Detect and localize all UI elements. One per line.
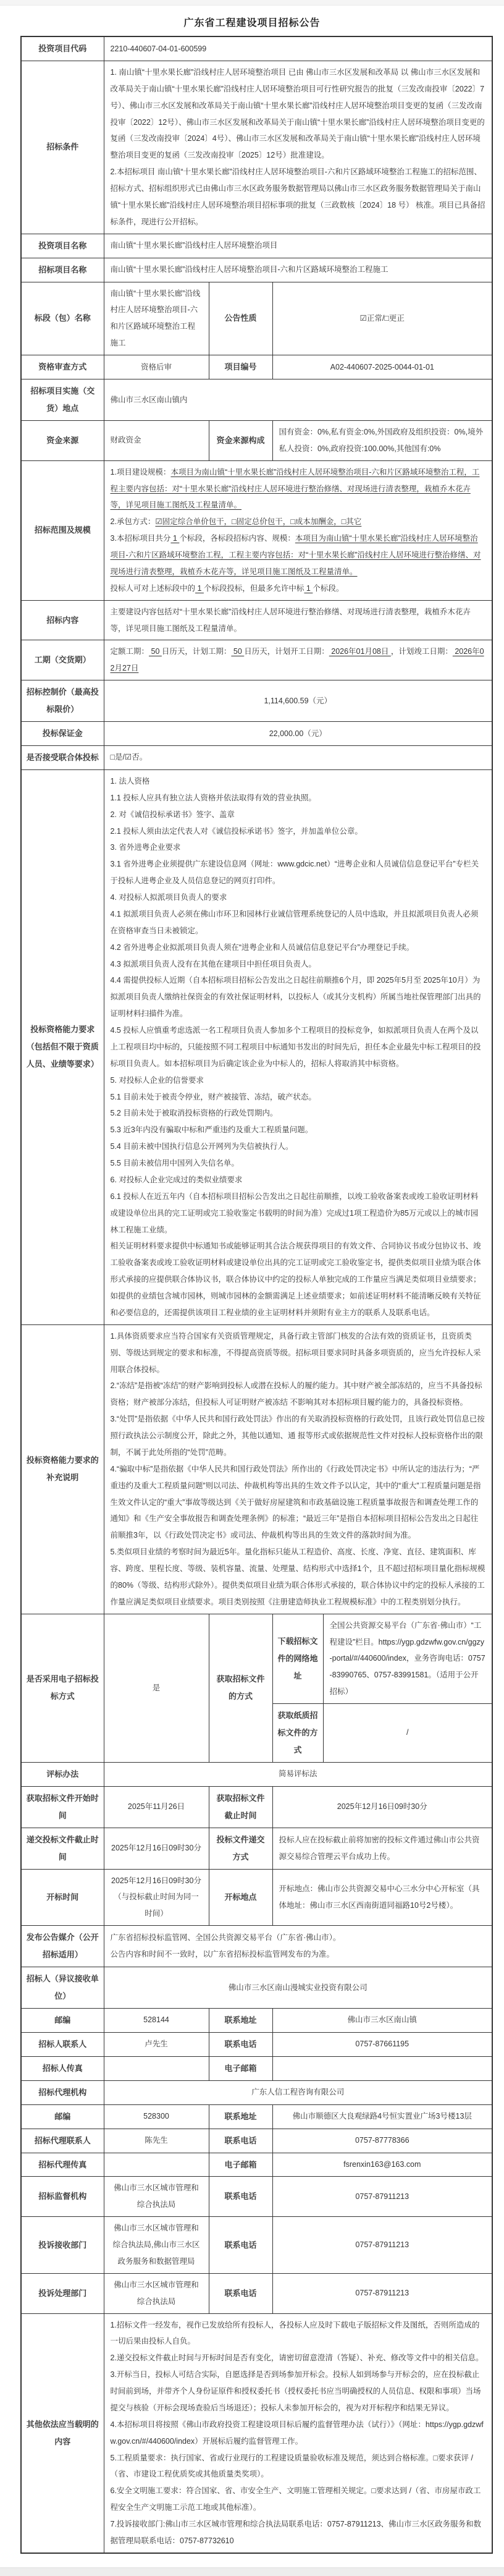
agency-phone-label: 联系电话	[209, 2129, 272, 2153]
paragraph: 2. 对《诚信投标承诺书》签字、盖章	[111, 807, 486, 823]
paragraph: 4.3 拟派项目负责人没有在其他在建项目中担任项目负责人。	[111, 956, 486, 973]
paragraph: 1.招标文件一经发布，视作已发放给所有投标人，各投标人应及时下载电子版招标文件及…	[111, 2317, 486, 2350]
complaint-receiving-value: 佛山市三水区城市管理和综合执法局,佛山市三水区政务服务和数据管理局	[104, 2217, 209, 2274]
row-location: 招标项目实施（交货）地点 佛山市三水区南山镇内	[21, 379, 492, 421]
submit-method-value: 投标人应在投标截止前将加密的投标文件通过佛山市公共资源交易综合管理云平台成功上传…	[272, 1828, 492, 1869]
row-other-items: 其他依法应当载明的内容 1.招标文件一经发布，视作已发放给所有投标人，各投标人应…	[21, 2313, 492, 2553]
agency-phone-value: 0757-87778366	[272, 2129, 492, 2153]
agency-contact-value: 陈先生	[104, 2129, 209, 2153]
evaluation-method-value: 简易评标法	[104, 1762, 492, 1786]
page-title: 广东省工程建设项目招标公告	[0, 6, 504, 36]
agency-postal-value: 528300	[104, 2104, 209, 2129]
paragraph: 4.“骗取中标”是指依据《中华人民共和国行政处罚法》所作出的《行政处罚决定书》中…	[111, 1461, 486, 1544]
tender-content-value: 主要建设内容包括对“十里水果长廊”沿线村庄人居环境进行整治修缮、对现场进行清表整…	[104, 600, 492, 640]
doc-end-time-label: 获取招标文件截止时间	[209, 1786, 272, 1828]
row-tender-name: 招标项目名称 南山镇“十里水果长廊”沿线村庄人居环境整治项目-六和片区路域环境整…	[21, 258, 492, 282]
agency-email-value: fsrenxin163@163.com	[272, 2153, 492, 2177]
supervisor-phone-value: 0757-87911213	[272, 2177, 492, 2217]
bottom-padding	[0, 2554, 504, 2567]
tenderer-contact-label: 招标人联系人	[21, 2032, 104, 2056]
project-number-value: A02-440607-2025-0044-01-01	[272, 355, 492, 379]
location-value: 佛山市三水区南山镇内	[104, 379, 492, 421]
paragraph: 3.“处罚”是指依据《中华人民共和国行政处罚法》作出的有关取消投标资格的行政处罚…	[111, 1411, 486, 1461]
doc-start-time-value: 2025年11月26日	[104, 1786, 209, 1828]
submit-method-label: 投标文件递交方式	[209, 1828, 272, 1869]
row-agency: 招标代理机构 广东人信工程咨询有限公司	[21, 2080, 492, 2104]
row-tender-conditions: 招标条件 1. 南山镇“十里水果长廊”沿线村庄人居环境整治项目 已由 佛山市三水…	[21, 61, 492, 234]
complaint-handling-phone-label: 联系电话	[209, 2273, 272, 2313]
agency-address-label: 联系地址	[209, 2104, 272, 2129]
bottom-strip	[0, 2567, 504, 2576]
submit-deadline-label: 递交投标文件截止时间	[21, 1828, 104, 1869]
tender-name-value: 南山镇“十里水果长廊”沿线村庄人居环境整治项目-六和片区路域环境整治工程施工	[104, 258, 492, 282]
row-submit: 递交投标文件截止时间 2025年12月16日09时30分 投标文件递交方式 投标…	[21, 1828, 492, 1869]
paragraph: 1.1 投标人应具有独立法人资格并依法取得有效的营业执照。	[111, 790, 486, 807]
tenderer-phone-value: 0757-87661195	[272, 2032, 492, 2056]
tenderer-contact-value: 卢先生	[104, 2032, 209, 2056]
announcement-media-value: 广东省招标投标监管网、全国公共资源交易平台（广东省·佛山市）。公告内容和时间不一…	[104, 1926, 492, 1967]
row-funds: 资金来源 财政资金 资金来源构成 国有资金：0%,私有资金:0%,外国政府及组织…	[21, 420, 492, 460]
supervisor-phone-label: 联系电话	[209, 2177, 272, 2217]
qualification-requirements-value: 1. 法人资格1.1 投标人应具有独立法人资格并依法取得有效的营业执照。2. 对…	[104, 769, 492, 1324]
doc-start-time-label: 获取招标文件开始时间	[21, 1786, 104, 1828]
paragraph: 4.2 省外进粤企业拟派项目负责人须在“进粤企业和人员诚信信息登记平台”办理登记…	[111, 939, 486, 956]
row-e-bidding: 是否采用电子招标投标方式 是 获取招标文件的方式 下载招标文件的网络地址 全国公…	[21, 1614, 492, 1703]
download-address-value: 全国公共资源交易平台（广东省·佛山市）“工程建设”栏目。https://ygp.…	[323, 1614, 492, 1703]
tenderer-email-value	[272, 2056, 492, 2080]
paragraph: 5. 对投标人企业的信誉要求	[111, 1072, 486, 1089]
agency-value: 广东人信工程咨询有限公司	[104, 2080, 492, 2104]
tenderer-value: 佛山市三水区南山漫城实业投资有限公司	[104, 1967, 492, 2009]
bid-deposit-value: 22,000.00（元）	[104, 722, 492, 746]
paragraph: 4.本招标项目将按照《佛山市政府投资工程建设项目标后履约监督管理办法（试行）》（…	[111, 2417, 486, 2450]
row-agency-fax: 招标代理传真 电子邮箱 fsrenxin163@163.com	[21, 2153, 492, 2177]
scope-paragraph-2: 2.承包方式：☑固定综合单价包干，□固定总价包干，□成本加酬金，□其它	[111, 514, 486, 530]
invest-name-label: 投资项目名称	[21, 234, 104, 258]
paragraph: 6. 对投标人企业完成过的类似业绩要求	[111, 1172, 486, 1188]
row-announcement-media: 发布公告媒介（公开招标适用） 广东省招标投标监管网、全国公共资源交易平台（广东省…	[21, 1926, 492, 1967]
agency-fax-value	[104, 2153, 209, 2177]
row-agency-postal: 邮编 528300 联系地址 佛山市顺德区大良观绿路4号恒实置业广场3号楼13层	[21, 2104, 492, 2129]
paragraph: 5.2 目前未处于被取消投标资格的行政处罚期内。	[111, 1105, 486, 1122]
paragraph: 1. 法人资格	[111, 773, 486, 790]
paragraph: 1.具体资质要求应当符合国家有关资质管理规定，具备行政主管部门核发的合法有效的资…	[111, 1328, 486, 1378]
price-ceiling-value: 1,114,600.59（元）	[104, 680, 492, 722]
paragraph: 6.安全文明施工要求：符合国家、省、市安全生产、文明施工管理相关规定。□要求达到…	[111, 2483, 486, 2516]
evaluation-method-label: 评标办法	[21, 1762, 104, 1786]
opening-time-label: 开标时间	[21, 1869, 104, 1926]
section-name-value: 南山镇“十里水果长廊”沿线村庄人居环境整治项目-六和片区路域环境整治工程施工	[104, 282, 209, 355]
tender-content-label: 招标内容	[21, 600, 104, 640]
funds-composition-label: 资金来源构成	[209, 420, 272, 460]
paragraph: 4.5 投标人应慎重考虑选派一名工程项目负责人参加多个工程项目的投标竞争，如拟派…	[111, 1022, 486, 1072]
paragraph: 5.4 目前未被中国执行信息公开网列为失信被执行人。	[111, 1138, 486, 1155]
row-qualification-notes: 投标资格能力要求的补充说明 1.具体资质要求应当符合国家有关资质管理规定，具备行…	[21, 1324, 492, 1614]
opening-place-label: 开标地点	[209, 1869, 272, 1926]
scope-paragraph-4: 投标人可对上述标段中的 1 个标段投标，但最多允许中标 1 个标段。	[111, 580, 486, 597]
doc-obtain-method-label: 获取招标文件的方式	[209, 1614, 272, 1762]
price-ceiling-label: 招标控制价（最高投标限价）	[21, 680, 104, 722]
scope-paragraph-3: 3.本招标项目共分 1 个标段，各标段招标内容、规模：本项目为南山镇“十里水果长…	[111, 530, 486, 580]
paragraph: 6.1 投标人在近五年内（自本招标项目招标公告发出之日起往前顺推，以竣工验收备案…	[111, 1188, 486, 1239]
paragraph: 2.本招标项目 南山镇“十里水果长廊”沿线村庄人居环境整治项目-六和片区路域环境…	[111, 164, 486, 231]
scope-label: 招标范围及规模	[21, 460, 104, 600]
row-tender-content: 招标内容 主要建设内容包括对“十里水果长廊”沿线村庄人居环境进行整治修缮、对现场…	[21, 600, 492, 640]
agency-postal-label: 邮编	[21, 2104, 104, 2129]
agency-fax-label: 招标代理传真	[21, 2153, 104, 2177]
paragraph: 3.1 省外进粤企业须提供广东建设信息网（网址：www.gdcic.net）“进…	[111, 856, 486, 889]
duration-label: 工期（交货期）	[21, 640, 104, 680]
other-items-value: 1.招标文件一经发布，视作已发放给所有投标人，各投标人应及时下载电子版招标文件及…	[104, 2313, 492, 2553]
e-bidding-label: 是否采用电子招标投标方式	[21, 1614, 104, 1762]
paragraph: 7.投诉接收部门:佛山市三水区城市管理和综合执法局联系电话：0757-87911…	[111, 2516, 486, 2549]
paragraph: 广东省招标投标监管网、全国公共资源交易平台（广东省·佛山市）。	[111, 1930, 486, 1946]
qualification-review-value: 资格后审	[104, 355, 209, 379]
tender-name-label: 招标项目名称	[21, 258, 104, 282]
conditions-value: 1. 南山镇“十里水果长廊”沿线村庄人居环境整治项目 已由 佛山市三水区发展和改…	[104, 61, 492, 234]
row-scope: 招标范围及规模 1.项目建设规模：本项目为南山镇“十里水果长廊”沿线村庄人居环境…	[21, 460, 492, 600]
paragraph: 相关证明材料要求提供中标通知书或能够证明其合法合规获得项目的有效文件、合同协议书…	[111, 1238, 486, 1321]
paragraph: 5.工程质量要求：执行国家、省或行业现行的工程建设质量验收标准及规范，须达到合格…	[111, 2450, 486, 2483]
row-evaluation-method: 评标办法 简易评标法	[21, 1762, 492, 1786]
paragraph: 1. 南山镇“十里水果长廊”沿线村庄人居环境整治项目 已由 佛山市三水区发展和改…	[111, 64, 486, 164]
row-qualification-requirements: 投标资格能力要求（包括但不限于资质人员、业绩等要求） 1. 法人资格1.1 投标…	[21, 769, 492, 1324]
agency-label: 招标代理机构	[21, 2080, 104, 2104]
tender-announcement-table: 投资项目代码 2210-440607-04-01-600599 招标条件 1. …	[20, 36, 493, 2554]
complaint-receiving-label: 投诉接收部门	[21, 2217, 104, 2274]
tenderer-email-label: 电子邮箱	[209, 2056, 272, 2080]
tenderer-postal-label: 邮编	[21, 2008, 104, 2032]
paper-doc-label: 获取纸质招标文件的方式	[272, 1704, 323, 1763]
qualification-notes-value: 1.具体资质要求应当符合国家有关资质管理规定，具备行政主管部门核发的合法有效的资…	[104, 1324, 492, 1614]
funds-label: 资金来源	[21, 420, 104, 460]
duration-text: 定额工期： 50 日历天，计划工期： 50 日历天，计划开工日期： 2026年0…	[111, 643, 486, 677]
other-items-label: 其他依法应当载明的内容	[21, 2313, 104, 2553]
invest-code-value: 2210-440607-04-01-600599	[104, 36, 492, 61]
tenderer-fax-value	[104, 2056, 209, 2080]
top-strip	[0, 0, 504, 6]
paragraph: 5.1 目前未处于被责令停业，财产被接管、冻结，破产状态。	[111, 1089, 486, 1106]
tenderer-phone-label: 联系电话	[209, 2032, 272, 2056]
consortium-label: 是否接受联合体投标	[21, 745, 104, 769]
row-invest-name: 投资项目名称 南山镇“十里水果长廊”沿线村庄人居环境整治项目	[21, 234, 492, 258]
duration-value: 定额工期： 50 日历天，计划工期： 50 日历天，计划开工日期： 2026年0…	[104, 640, 492, 680]
doc-end-time-value: 2025年12月16日09时30分	[272, 1786, 492, 1828]
section-name-label: 标段（包）名称	[21, 282, 104, 355]
notice-nature-value: ☑正常/□更正	[272, 282, 492, 355]
row-complaint-handling: 投诉处理部门 佛山市三水区城市管理和综合执法局 联系电话 0757-879112…	[21, 2273, 492, 2313]
invest-name-value: 南山镇“十里水果长廊”沿线村庄人居环境整治项目	[104, 234, 492, 258]
project-number-label: 项目编号	[209, 355, 272, 379]
tenderer-address-label: 联系地址	[209, 2008, 272, 2032]
qualification-review-label: 资格审查方式	[21, 355, 104, 379]
paragraph: 4.1 拟派项目负责人必须在佛山市环卫和园林行业诚信管理系统登记的人员中选取，并…	[111, 906, 486, 939]
opening-time-value: 2025年12月16日09时30分（与投标截止时间为同一时间）	[104, 1869, 209, 1926]
row-qualification-review: 资格审查方式 资格后审 项目编号 A02-440607-2025-0044-01…	[21, 355, 492, 379]
complaint-handling-phone-value: 0757-87911213	[272, 2273, 492, 2313]
submit-deadline-value: 2025年12月16日09时30分	[104, 1828, 209, 1869]
paragraph: 2.1 投标人须由法定代表人对《诚信投标承诺书》签字，并加盖单位公章。	[111, 823, 486, 840]
row-invest-code: 投资项目代码 2210-440607-04-01-600599	[21, 36, 492, 61]
row-tenderer-fax: 招标人传真 电子邮箱	[21, 2056, 492, 2080]
row-section-name: 标段（包）名称 南山镇“十里水果长廊”沿线村庄人居环境整治项目-六和片区路域环境…	[21, 282, 492, 355]
paragraph: 2.递交投标文件截止时间与开标时间是否有变化，请密切留意澄清（答疑）、补充、修改…	[111, 2350, 486, 2366]
conditions-label: 招标条件	[21, 61, 104, 234]
complaint-receiving-phone-label: 联系电话	[209, 2217, 272, 2274]
row-duration: 工期（交货期） 定额工期： 50 日历天，计划工期： 50 日历天，计划开工日期…	[21, 640, 492, 680]
qualification-notes-label: 投标资格能力要求的补充说明	[21, 1324, 104, 1614]
scope-value: 1.项目建设规模：本项目为南山镇“十里水果长廊”沿线村庄人居环境整治项目-六和片…	[104, 460, 492, 600]
paper-doc-value: /	[323, 1704, 492, 1763]
agency-address-value: 佛山市顺德区大良观绿路4号恒实置业广场3号楼13层	[272, 2104, 492, 2129]
row-price-ceiling: 招标控制价（最高投标限价） 1,114,600.59（元）	[21, 680, 492, 722]
row-opening: 开标时间 2025年12月16日09时30分（与投标截止时间为同一时间） 开标地…	[21, 1869, 492, 1926]
tenderer-postal-value: 528144	[104, 2008, 209, 2032]
paragraph: 4.4 需提供投标人近期（自本招标项目招标公告发出之日起往前顺推6个月，即 20…	[111, 972, 486, 1022]
paragraph: 公告内容和时间不一致时，以广东省招标投标监管网发布的为准。	[111, 1946, 486, 1963]
tenderer-address-value: 佛山市三水区南山镇	[272, 2008, 492, 2032]
complaint-handling-label: 投诉处理部门	[21, 2273, 104, 2313]
scope-paragraph-1: 1.项目建设规模：本项目为南山镇“十里水果长廊”沿线村庄人居环境整治项目-六和片…	[111, 464, 486, 514]
paragraph: 4. 对投标人拟派项目负责人的要求	[111, 889, 486, 906]
funds-value: 财政资金	[104, 420, 209, 460]
row-complaint-receiving: 投诉接收部门 佛山市三水区城市管理和综合执法局,佛山市三水区政务服务和数据管理局…	[21, 2217, 492, 2274]
complaint-handling-value: 佛山市三水区城市管理和综合执法局	[104, 2273, 209, 2313]
opening-place-value: 开标地点：佛山市公共资源交易中心三水分中心开标室（具体地址：佛山市三水区西南街道…	[272, 1869, 492, 1926]
row-consortium: 是否接受联合体投标 □是/☑否。	[21, 745, 492, 769]
announcement-media-label: 发布公告媒介（公开招标适用）	[21, 1926, 104, 1967]
supervisor-value: 佛山市三水区城市管理和综合执法局	[104, 2177, 209, 2217]
tenderer-fax-label: 招标人传真	[21, 2056, 104, 2080]
complaint-receiving-phone-value: 0757-87911213	[272, 2217, 492, 2274]
bid-deposit-label: 投标保证金	[21, 722, 104, 746]
qualification-requirements-label: 投标资格能力要求（包括但不限于资质人员、业绩等要求）	[21, 769, 104, 1324]
paragraph: 5.5 目前未被信用中国列入失信名单。	[111, 1155, 486, 1172]
supervisor-label: 招标监督机构	[21, 2177, 104, 2217]
download-address-label: 下载招标文件的网络地址	[272, 1614, 323, 1703]
row-supervisor: 招标监督机构 佛山市三水区城市管理和综合执法局 联系电话 0757-879112…	[21, 2177, 492, 2217]
location-label: 招标项目实施（交货）地点	[21, 379, 104, 421]
consortium-value: □是/☑否。	[104, 745, 492, 769]
funds-composition-value: 国有资金：0%,私有资金:0%,外国政府及组织投资：0%,境外私人投资：0%,政…	[272, 420, 492, 460]
row-tenderer-postal: 邮编 528144 联系地址 佛山市三水区南山镇	[21, 2008, 492, 2032]
paragraph: 5.类似项目业绩的考察时间为最近5年。量化指标只能从工程造价、高度、长度、净宽、…	[111, 1544, 486, 1611]
paragraph: 3. 省外进粤企业要求	[111, 839, 486, 856]
row-doc-time: 获取招标文件开始时间 2025年11月26日 获取招标文件截止时间 2025年1…	[21, 1786, 492, 1828]
tenderer-label: 招标人（异议接收单位）	[21, 1967, 104, 2009]
invest-code-label: 投资项目代码	[21, 36, 104, 61]
agency-contact-label: 招标代理联系人	[21, 2129, 104, 2153]
row-agency-contact: 招标代理联系人 陈先生 联系电话 0757-87778366	[21, 2129, 492, 2153]
e-bidding-value: 是	[104, 1614, 209, 1762]
row-bid-deposit: 投标保证金 22,000.00（元）	[21, 722, 492, 746]
notice-nature-label: 公告性质	[209, 282, 272, 355]
row-tenderer-contact: 招标人联系人 卢先生 联系电话 0757-87661195	[21, 2032, 492, 2056]
agency-email-label: 电子邮箱	[209, 2153, 272, 2177]
paragraph: 3.开标当日，投标人可结合实际，自愿选择是否到场参加开标会。投标人如到场参与开标…	[111, 2366, 486, 2417]
row-tenderer: 招标人（异议接收单位） 佛山市三水区南山漫城实业投资有限公司	[21, 1967, 492, 2009]
paragraph: 2.“冻结”是指被“冻结”的财产影响到投标人或潜在投标人的履约能力。其中财产被全…	[111, 1378, 486, 1411]
paragraph: 5.3 近3年内没有骗取中标和严重违约及重大工程质量问题。	[111, 1122, 486, 1138]
